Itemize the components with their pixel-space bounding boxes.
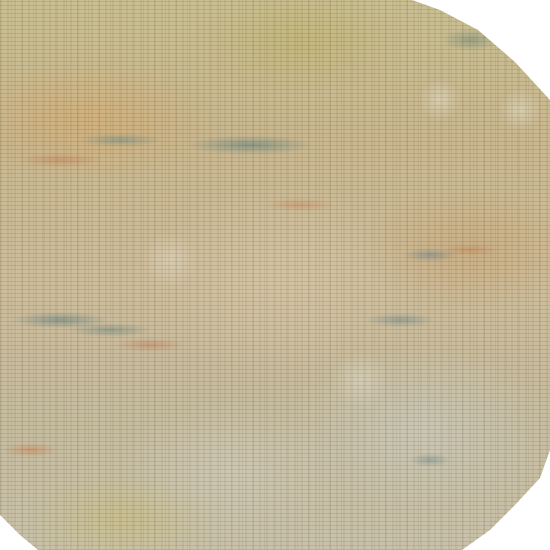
- rug-surface: [0, 0, 550, 550]
- weave-speckle: [0, 0, 550, 550]
